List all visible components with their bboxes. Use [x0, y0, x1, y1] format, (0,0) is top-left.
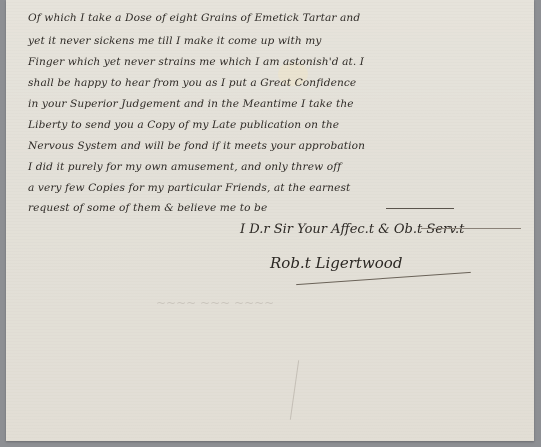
dash-rule [386, 208, 454, 209]
letter-page: Of which I take a Dose of eight Grains o… [6, 0, 534, 441]
bleed-through-text: ~~~~ ~~~ ~~~~ [156, 296, 274, 310]
paper-crease [290, 360, 299, 420]
letter-line-2: yet it never sickens me till I make it c… [28, 35, 322, 47]
letter-line-4: shall be happy to hear from you as I put… [28, 77, 356, 89]
letter-line-1: Of which I take a Dose of eight Grains o… [28, 12, 360, 24]
closing-line: I D.r Sir Your Affec.t & Ob.t Serv.t [240, 222, 464, 237]
letter-line-5: in your Superior Judgement and in the Me… [28, 98, 354, 110]
letter-line-9: a very few Copies for my particular Frie… [28, 182, 350, 194]
letter-line-10: request of some of them & believe me to … [28, 202, 267, 214]
letter-line-6: Liberty to send you a Copy of my Late pu… [28, 119, 339, 131]
signature-flourish [296, 272, 471, 285]
letter-line-3: Finger which yet never strains me which … [28, 56, 364, 68]
closing-underline [421, 228, 521, 229]
letter-line-7: Nervous System and will be fond if it me… [28, 140, 365, 152]
signature: Rob.t Ligertwood [270, 254, 402, 272]
letter-line-8: I did it purely for my own amusement, an… [28, 161, 341, 173]
